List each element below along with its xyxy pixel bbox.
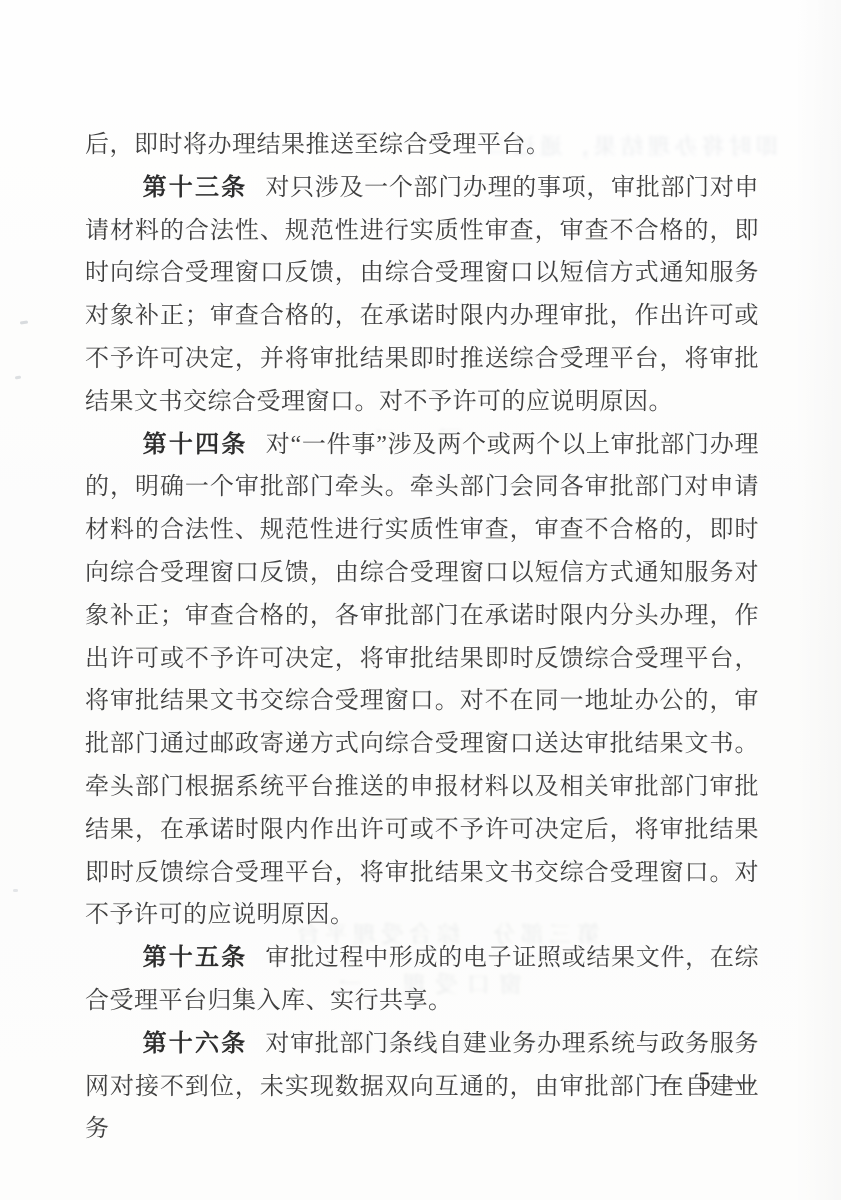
- paragraph-text: 对只涉及一个部门办理的事项，审批部门对申请材料的合法性、规范性进行实质性审查，审…: [85, 175, 759, 415]
- page-number: — 5 —: [0, 1068, 760, 1096]
- paragraph-article-14: 第十四条对“一件事”涉及两个或两个以上审批部门办理的，明确一个审批部门牵头。牵头…: [85, 424, 759, 938]
- paragraph-article-13: 第十三条对只涉及一个部门办理的事项，审批部门对申请材料的合法性、规范性进行实质性…: [85, 167, 759, 424]
- paragraph-article-15: 第十五条审批过程中形成的电子证照或结果文件，在综合受理平台归集入库、实行共享。: [85, 937, 759, 1023]
- scan-speck: [15, 376, 21, 380]
- paragraph-continuation: 后，即时将办理结果推送至综合受理平台。: [85, 124, 759, 167]
- scan-speck: [13, 889, 18, 892]
- document-body: 后，即时将办理结果推送至综合受理平台。 第十三条对只涉及一个部门办理的事项，审批…: [85, 124, 759, 1151]
- paragraph-text: 后，即时将办理结果推送至综合受理平台。: [85, 132, 551, 158]
- article-number: 第十四条: [143, 432, 248, 458]
- article-number: 第十三条: [143, 175, 248, 201]
- article-number: 第十六条: [143, 1031, 248, 1057]
- paragraph-text: 对“一件事”涉及两个或两个以上审批部门办理的，明确一个审批部门牵头。牵头部门会同…: [85, 432, 759, 929]
- document-page: 后，即时将办理结果推送至综合受理平台。 第十三条对只涉及一个部门办理的事项，审批…: [0, 0, 841, 1200]
- article-number: 第十五条: [143, 945, 248, 971]
- scan-speck: [20, 320, 28, 324]
